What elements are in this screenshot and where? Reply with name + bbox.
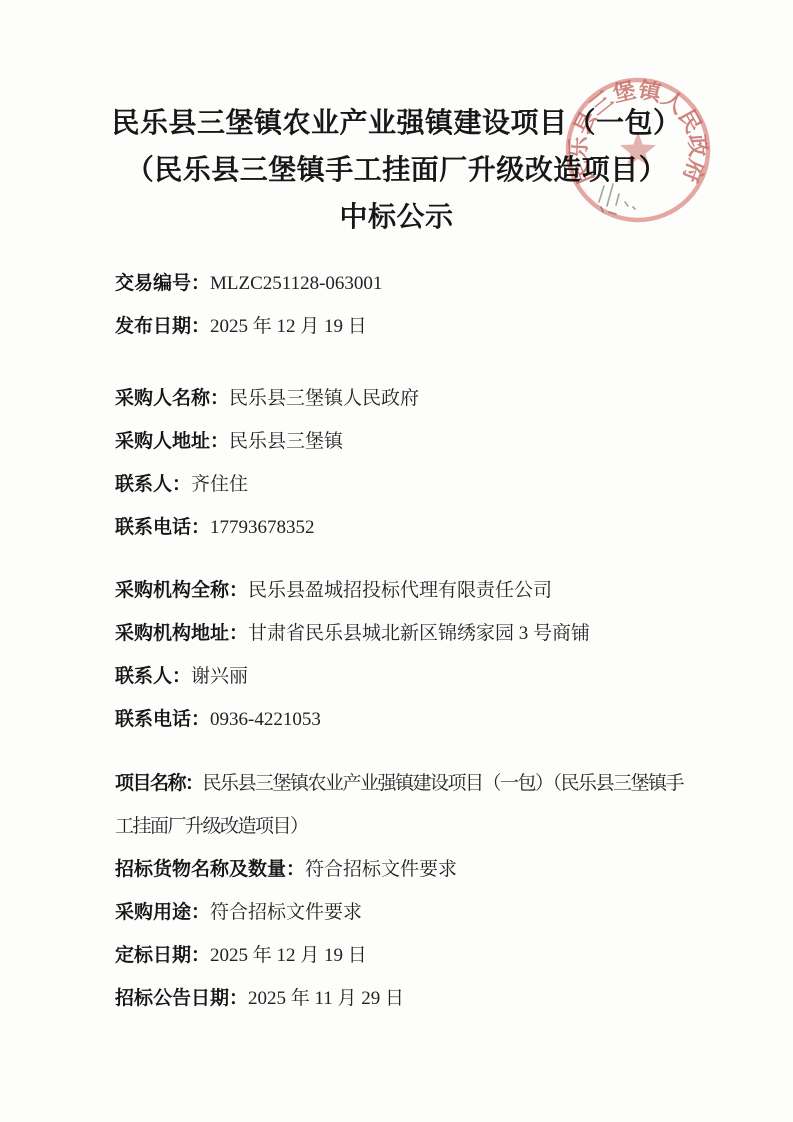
field-value: MLZC251128-063001 <box>210 273 382 294</box>
section-agency: 采购机构全称：民乐县盈城招投标代理有限责任公司 采购机构地址：甘肃省民乐县城北新… <box>115 569 685 741</box>
section-project: 项目名称：民乐县三堡镇农业产业强镇建设项目（一包）（民乐县三堡镇手工挂面厂升级改… <box>115 762 685 1020</box>
field-label: 交易编号： <box>115 273 210 294</box>
section-purchaser: 采购人名称：民乐县三堡镇人民政府 采购人地址：民乐县三堡镇 联系人：齐住住 联系… <box>115 377 685 549</box>
field-row-agency-phone: 联系电话：0936-4221053 <box>115 698 685 741</box>
field-label: 采购人地址： <box>115 431 229 452</box>
field-label: 定标日期： <box>115 945 210 966</box>
document-body: 交易编号：MLZC251128-063001 发布日期：2025 年 12 月 … <box>115 262 685 1020</box>
field-value: 民乐县三堡镇 <box>229 431 343 452</box>
section-transaction: 交易编号：MLZC251128-063001 发布日期：2025 年 12 月 … <box>115 262 685 348</box>
field-row-goods-quantity: 招标货物名称及数量：符合招标文件要求 <box>115 848 685 891</box>
field-value: 齐住住 <box>191 474 248 495</box>
field-label: 招标公告日期： <box>115 988 248 1009</box>
title-line-1: 民乐县三堡镇农业产业强镇建设项目（一包） <box>0 99 793 146</box>
document-page: 民乐县三堡镇农业产业强镇建设项目（一包） （民乐县三堡镇手工挂面厂升级改造项目）… <box>0 0 793 1122</box>
field-value: 0936-4221053 <box>210 709 321 730</box>
field-value: 17793678352 <box>210 517 315 538</box>
field-row-agency-contact: 联系人：谢兴丽 <box>115 655 685 698</box>
field-value: 符合招标文件要求 <box>305 859 457 880</box>
field-row-procurement-purpose: 采购用途：符合招标文件要求 <box>115 891 685 934</box>
field-value: 符合招标文件要求 <box>210 902 362 923</box>
field-label: 联系人： <box>115 666 191 687</box>
field-value: 2025 年 12 月 19 日 <box>210 316 367 337</box>
field-label: 发布日期： <box>115 316 210 337</box>
field-row-publish-date: 发布日期：2025 年 12 月 19 日 <box>115 305 685 348</box>
field-row-purchaser-contact: 联系人：齐住住 <box>115 463 685 506</box>
field-value: 谢兴丽 <box>191 666 248 687</box>
field-value: 甘肃省民乐县城北新区锦绣家园 3 号商铺 <box>248 623 590 644</box>
field-value: 2025 年 12 月 19 日 <box>210 945 367 966</box>
field-row-purchaser-name: 采购人名称：民乐县三堡镇人民政府 <box>115 377 685 420</box>
field-row-announcement-date: 招标公告日期：2025 年 11 月 29 日 <box>115 977 685 1020</box>
title-line-3: 中标公示 <box>0 193 793 240</box>
field-row-purchaser-address: 采购人地址：民乐县三堡镇 <box>115 420 685 463</box>
field-row-award-date: 定标日期：2025 年 12 月 19 日 <box>115 934 685 977</box>
field-label: 采购机构全称： <box>115 580 248 601</box>
field-label: 项目名称： <box>115 773 203 794</box>
field-label: 联系人： <box>115 474 191 495</box>
field-value: 民乐县三堡镇人民政府 <box>229 388 419 409</box>
field-label: 联系电话： <box>115 517 210 538</box>
field-label: 采购人名称： <box>115 388 229 409</box>
field-label: 招标货物名称及数量： <box>115 859 305 880</box>
field-row-agency-name: 采购机构全称：民乐县盈城招投标代理有限责任公司 <box>115 569 685 612</box>
field-row-transaction-id: 交易编号：MLZC251128-063001 <box>115 262 685 305</box>
field-row-project-name: 项目名称：民乐县三堡镇农业产业强镇建设项目（一包）（民乐县三堡镇手工挂面厂升级改… <box>115 762 685 848</box>
field-value: 民乐县盈城招投标代理有限责任公司 <box>248 580 552 601</box>
field-label: 联系电话： <box>115 709 210 730</box>
field-label: 采购机构地址： <box>115 623 248 644</box>
field-row-agency-address: 采购机构地址：甘肃省民乐县城北新区锦绣家园 3 号商铺 <box>115 612 685 655</box>
field-row-purchaser-phone: 联系电话：17793678352 <box>115 506 685 549</box>
document-title: 民乐县三堡镇农业产业强镇建设项目（一包） （民乐县三堡镇手工挂面厂升级改造项目）… <box>0 99 793 240</box>
field-label: 采购用途： <box>115 902 210 923</box>
title-line-2: （民乐县三堡镇手工挂面厂升级改造项目） <box>0 146 793 193</box>
field-value: 2025 年 11 月 29 日 <box>248 988 404 1009</box>
